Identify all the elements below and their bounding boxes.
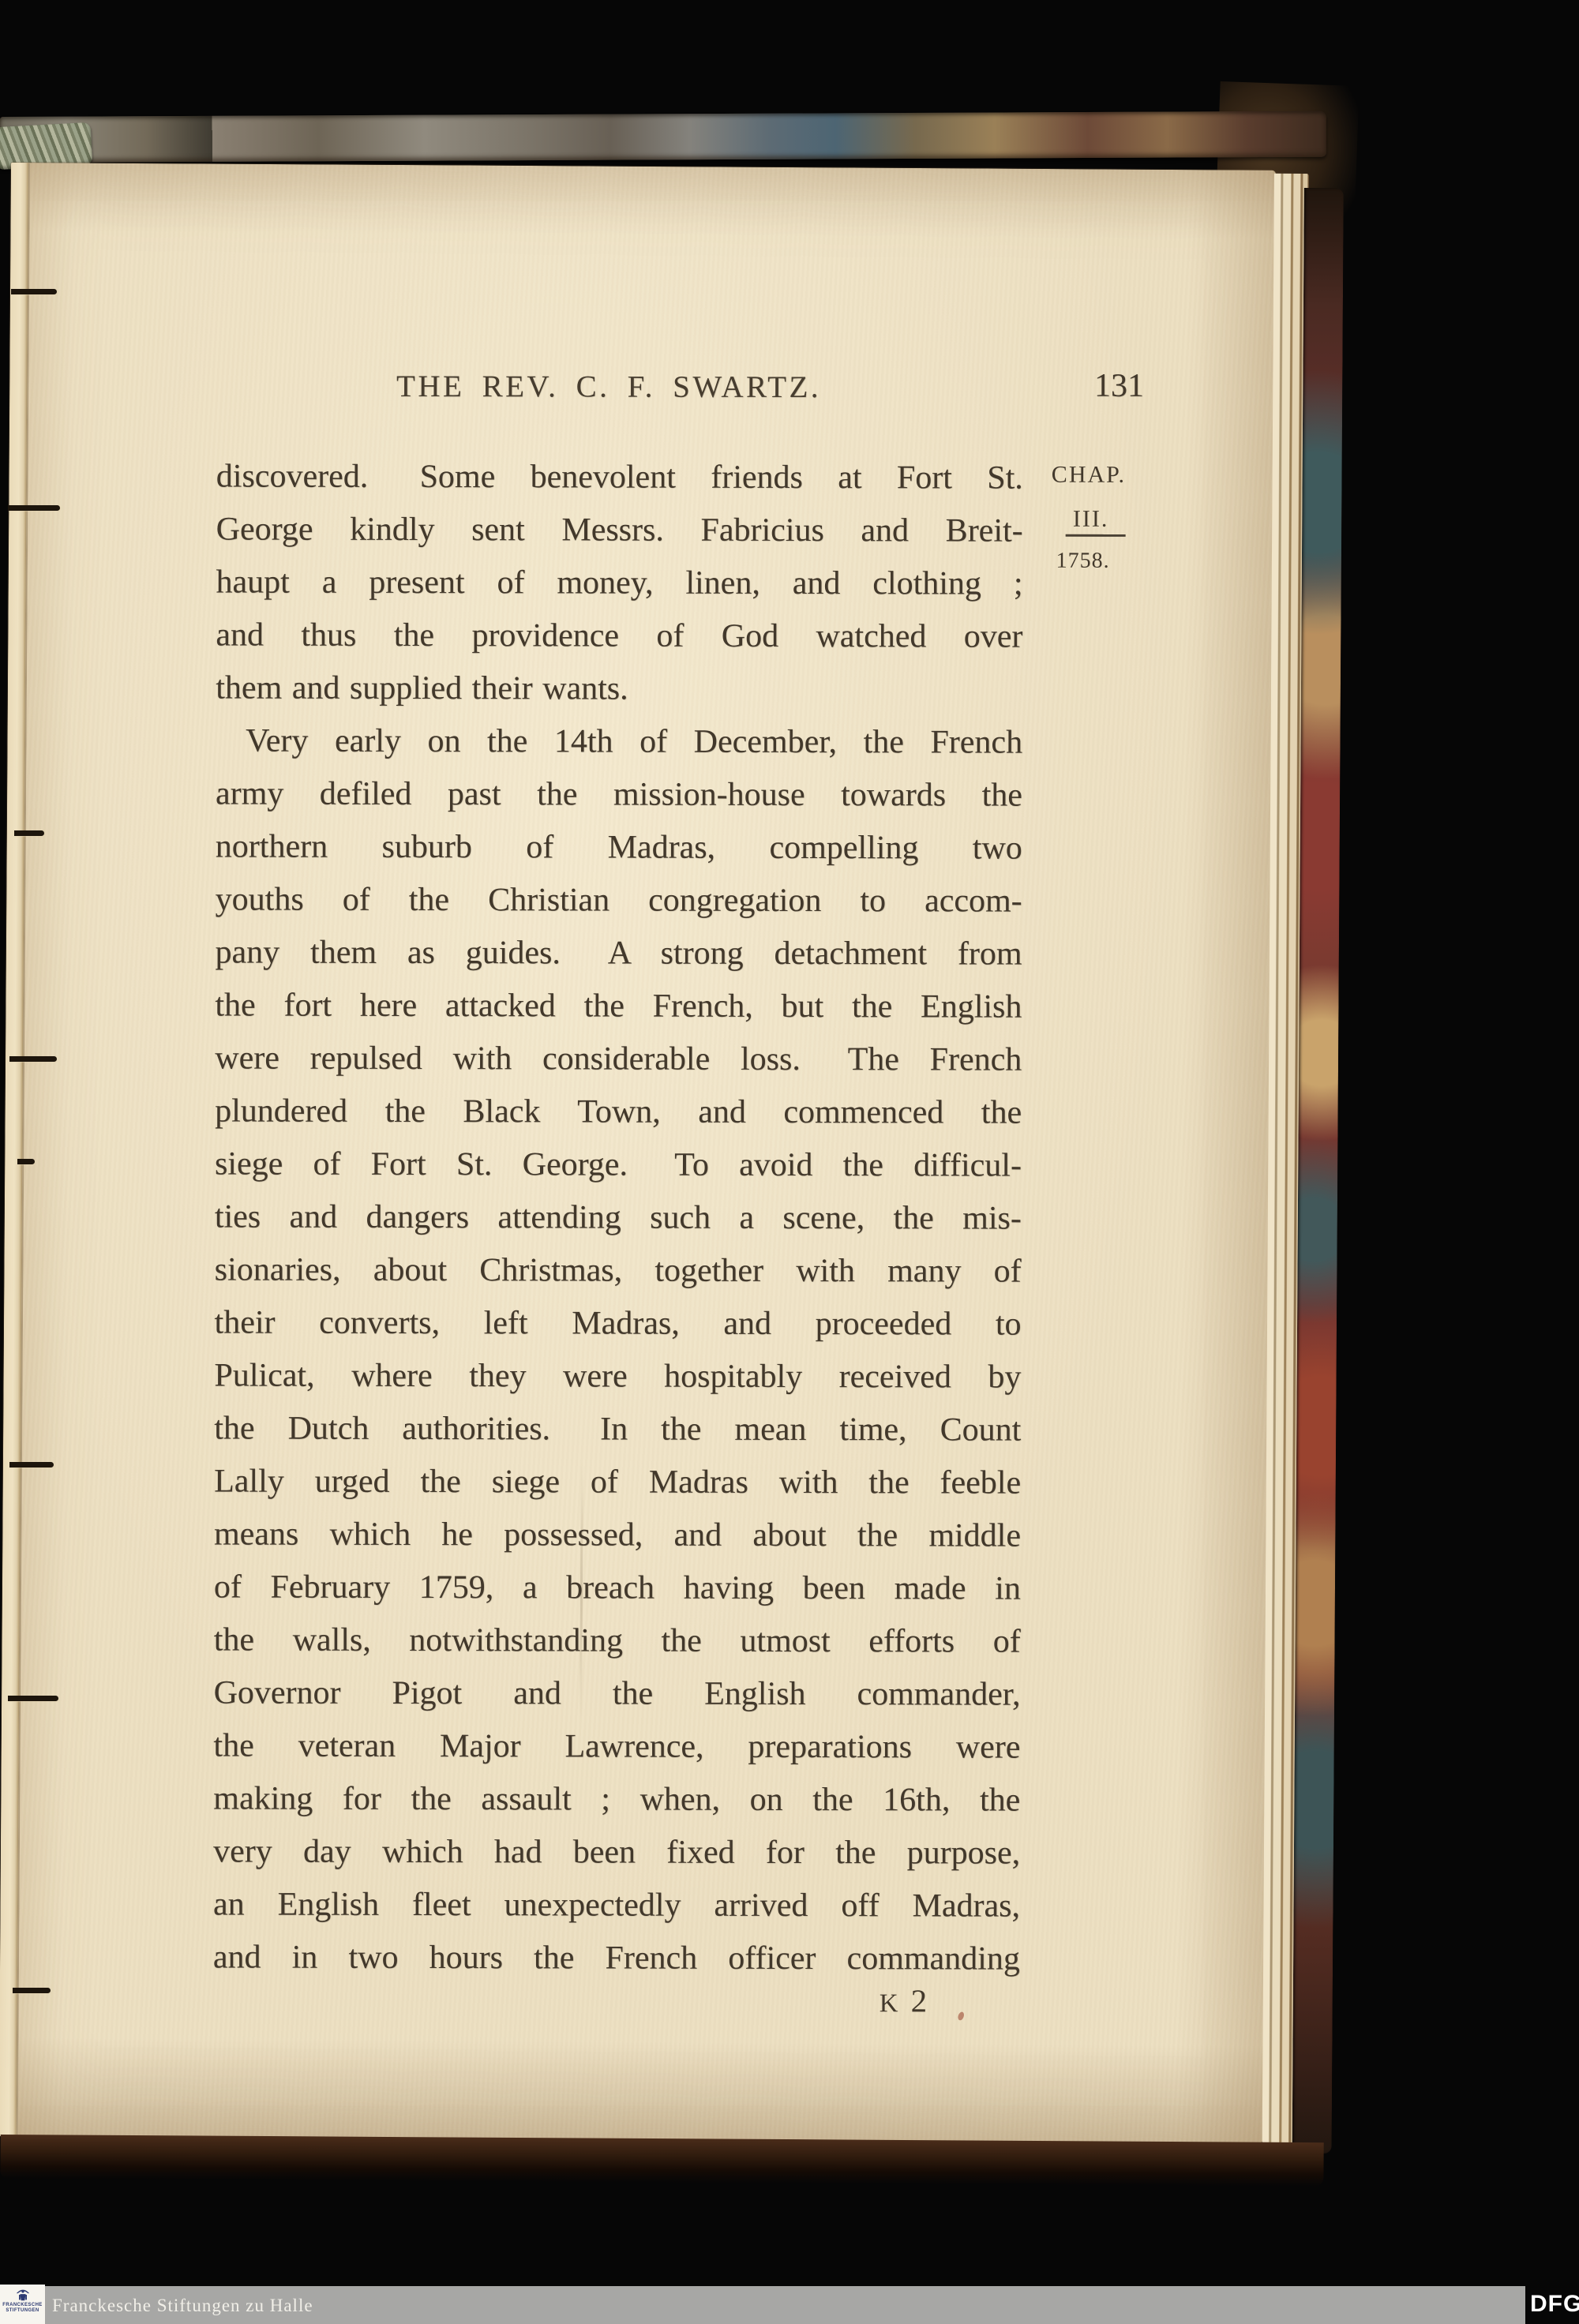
text-line: plundered the Black Town, and commenced … [215,1085,1022,1139]
text-line: were repulsed with considerable loss. Th… [215,1032,1022,1086]
text-line: siege of Fort St. George. To avoid the d… [215,1138,1022,1192]
text-line: their converts, left Madras, and proceed… [215,1296,1022,1351]
page-content: THE REV. C. F. SWARTZ. 131 CHAP. III. 17… [0,0,1579,2324]
text-line: Lally urged the siege of Madras with the… [214,1455,1021,1509]
signature-mark: K2 [880,1981,927,2019]
text-line: youths of the Christian congregation to … [216,873,1022,928]
franckesche-emblem-icon [14,2287,32,2303]
dfg-logo: DFG [1530,2291,1579,2318]
text-line: northern suburb of Madras, compelling tw… [216,820,1022,875]
library-name: Franckesche Stiftungen zu Halle [52,2286,313,2324]
text-block: discovered. Some benevolent friends at F… [213,450,1023,1985]
text-line: very day which had been fixed for the pu… [213,1825,1020,1880]
text-line: of February 1759, a breach having been m… [214,1561,1021,1615]
text-line: Governor Pigot and the English commander… [214,1666,1021,1721]
margin-note-year: 1758. [1056,549,1110,574]
text-line: George kindly sent Messrs. Fabricius and… [216,503,1023,557]
text-line: an English fleet unexpectedly arrived of… [213,1878,1020,1932]
text-line: means which he possessed, and about the … [214,1508,1021,1562]
margin-note-chapter: CHAP. [1052,462,1126,489]
text-line: them and supplied their wants. [216,662,1022,716]
text-line: making for the assault ; when, on the 16… [213,1772,1020,1827]
text-line: discovered. Some benevolent friends at F… [216,450,1023,504]
scanned-book-page: THE REV. C. F. SWARTZ. 131 CHAP. III. 17… [0,0,1579,2324]
watermark-bar: Franckesche Stiftungen zu Halle [0,2286,1525,2324]
franckesche-logo-box: FRANCKESCHE STIFTUNGEN [0,2285,45,2324]
text-line: the veteran Major Lawrence, preparations… [213,1719,1020,1774]
text-line: and thus the providence of God watched o… [216,609,1022,663]
margin-note-numeral: III. [1047,506,1135,533]
text-line: Pulicat, where they were hospitably rece… [214,1349,1021,1404]
text-line: the walls, notwithstanding the utmost ef… [214,1614,1021,1668]
signature-letter: K [880,1989,900,2018]
text-line: ties and dangers attending such a scene,… [215,1190,1022,1245]
text-line: and in two hours the French officer comm… [213,1931,1020,1985]
text-line: Very early on the 14th of December, the … [216,714,1022,769]
text-line: pany them as guides. A strong detachment… [215,926,1022,980]
text-line: the Dutch authorities. In the mean time,… [214,1402,1021,1456]
text-line: army defiled past the mission-house towa… [216,767,1022,822]
text-line: sionaries, about Christmas, together wit… [215,1243,1022,1298]
logo-text-line2: STIFTUNGEN [0,2308,45,2314]
ink-speck [957,2011,965,2022]
running-head: THE REV. C. F. SWARTZ. [396,369,821,405]
logo-text-line1: FRANCKESCHE [0,2303,45,2308]
signature-number: 2 [911,1982,928,2019]
page-number: 131 [1094,367,1144,405]
text-line: haupt a present of money, linen, and clo… [216,556,1022,610]
text-line: the fort here attacked the French, but t… [215,979,1022,1033]
margin-note-rule [1066,534,1126,537]
